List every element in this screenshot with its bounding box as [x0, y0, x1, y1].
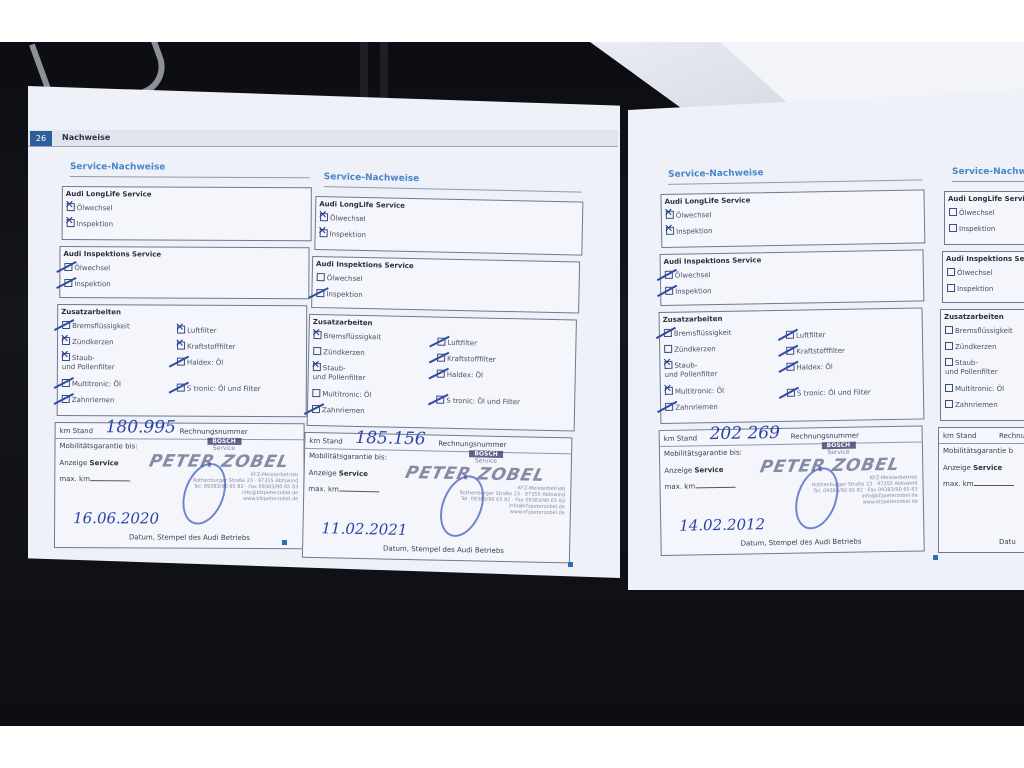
extra-multitronic-checkbox[interactable] [312, 389, 320, 397]
extra-multitronic-label: Multitronic: Öl [675, 387, 724, 396]
extra-haldex-checkbox[interactable] [437, 370, 445, 378]
extra-spark-plugs-checkbox[interactable] [664, 345, 672, 353]
page-marker [282, 540, 287, 545]
panel-title: Service-Nachweise [324, 172, 420, 184]
title-rule [668, 179, 922, 184]
panel-title: Service-Nachweise [668, 168, 764, 180]
extra-work-title: Zusatzarbeiten [663, 315, 723, 324]
extra-haldex-label: Haldex: Öl [447, 371, 483, 380]
extra-spark-plugs-label: Zündkerzen [323, 348, 365, 357]
inspection-oil-change: Ölwechsel [317, 273, 363, 283]
longlife-inspection-checkbox[interactable] [666, 227, 674, 235]
record-box: km StandRechnungsnummerMobilitätsgaranti… [54, 422, 305, 549]
extra-s-tronic-checkbox[interactable] [177, 384, 185, 392]
max-km-label: max. km [308, 485, 379, 494]
extra-timing-belt: Zahnriemen [62, 395, 115, 404]
extra-brake-fluid-checkbox[interactable] [664, 329, 672, 337]
invoice-number-label: Rechnungsnummer [438, 440, 506, 449]
inspection-title: Audi Inspektions Service [316, 260, 414, 270]
longlife-oil-change-label: Ölwechsel [676, 211, 712, 220]
inspection-oil-change-checkbox[interactable] [317, 273, 325, 281]
extra-air-filter-checkbox[interactable] [786, 331, 794, 339]
extra-dust-filter: Staub- [62, 353, 95, 362]
extra-fuel-filter-checkbox[interactable] [177, 342, 185, 350]
stamp-company-name: PETER ZOBEL [758, 455, 919, 478]
longlife-oil-change: Ölwechsel [666, 210, 712, 220]
extra-multitronic-label: Multitronic: Öl [72, 380, 121, 388]
inspection-oil-change-checkbox[interactable] [947, 268, 955, 276]
mobility-guarantee-label: Mobilitätsgarantie bis: [59, 442, 137, 450]
extra-dust-filter-label: Staub- [72, 354, 95, 362]
longlife-oil-change: Ölwechsel [67, 203, 113, 212]
longlife-title: Audi LongLife Service [319, 200, 405, 210]
longlife-inspection-label: Inspektion [330, 230, 367, 239]
extra-spark-plugs: Zündkerzen [313, 347, 365, 357]
extra-brake-fluid: Bremsflüssigkeit [62, 321, 130, 330]
page-marker [568, 562, 573, 567]
extra-spark-plugs: Zündkerzen [664, 344, 716, 354]
extra-timing-belt-checkbox[interactable] [665, 403, 673, 411]
max-km-label: max. km [59, 475, 130, 483]
handwritten-date: 14.02.2012 [679, 515, 765, 534]
inspection-oil-change-label: Ölwechsel [74, 264, 110, 272]
extra-timing-belt-label: Zahnriemen [72, 396, 115, 404]
inspection-inspection: Inspektion [64, 279, 110, 288]
extra-dust-filter-line2: und Pollenfilter [313, 373, 366, 382]
inspection-title: Audi Inspektions Service [664, 256, 762, 266]
extra-work-box: ZusatzarbeitenBremsflüssigkeitZündkerzen… [57, 304, 308, 417]
title-rule [70, 176, 310, 178]
extra-brake-fluid: Bremsflüssigkeit [313, 331, 381, 341]
extra-multitronic-label: Multitronic: Öl [322, 390, 371, 399]
section-header: Nachweise [62, 133, 110, 142]
inspection-inspection-label: Inspektion [675, 287, 712, 296]
extra-haldex-label: Haldex: Öl [796, 363, 832, 372]
inspection-inspection: Inspektion [947, 284, 993, 293]
stamp-company-name: PETER ZOBEL [403, 463, 568, 486]
inspection-inspection-label: Inspektion [957, 285, 993, 293]
extra-dust-filter-label: Staub- [674, 361, 697, 369]
longlife-inspection-checkbox[interactable] [949, 224, 957, 232]
stamp-company-name: PETER ZOBEL [147, 451, 300, 472]
extra-brake-fluid-label: Bremsflüssigkeit [674, 329, 732, 338]
extra-spark-plugs-label: Zündkerzen [674, 345, 716, 354]
extra-work-box: ZusatzarbeitenBremsflüssigkeitZündkerzen… [307, 314, 577, 432]
extra-work-title: Zusatzarbeiten [313, 318, 373, 327]
longlife-oil-change-label: Ölwechsel [959, 209, 995, 217]
record-box: km StandRechnungsnummerMobilitätsgaranti… [302, 432, 573, 564]
longlife-oil-change: Ölwechsel [320, 213, 366, 223]
longlife-service-box: Audi LongLife ServiceÖlwechselInspektion [660, 189, 925, 248]
extra-air-filter: Luftfilter [177, 326, 217, 335]
extra-brake-fluid: Bremsflüssigkeit [664, 328, 732, 338]
handwritten-km: 185.156 [355, 428, 426, 449]
extra-s-tronic-checkbox[interactable] [436, 396, 444, 404]
record-box: km StandRechnungsnummerMobilitätsgaranti… [938, 427, 1024, 553]
inspection-service-box: Audi Inspektions ServiceÖlwechselInspekt… [59, 246, 309, 299]
handwritten-date: 11.02.2021 [321, 519, 407, 539]
mobility-guarantee-label: Mobilitätsgarantie b [943, 447, 1013, 455]
extra-multitronic: Multitronic: Öl [945, 384, 1004, 393]
km-stand-label: km Stand [309, 437, 343, 446]
extra-haldex-checkbox[interactable] [177, 358, 185, 366]
inspection-inspection-checkbox[interactable] [947, 284, 955, 292]
inspection-oil-change-label: Ölwechsel [675, 271, 711, 280]
display-service-label: Anzeige Service [309, 469, 368, 478]
extra-dust-filter-checkbox[interactable] [945, 358, 953, 366]
extra-spark-plugs-label: Zündkerzen [955, 343, 997, 351]
inspection-service-box: Audi Inspektions ServiceÖlwechselInspekt… [660, 249, 925, 306]
extra-dust-filter-checkbox[interactable] [313, 363, 321, 371]
longlife-inspection-label: Inspektion [676, 227, 713, 236]
display-service-label: Anzeige Service [59, 459, 118, 467]
extra-multitronic-label: Multitronic: Öl [955, 385, 1004, 393]
handwritten-km: 180.995 [106, 417, 176, 437]
extra-fuel-filter-label: Kraftstofffilter [447, 355, 496, 364]
inspection-inspection-checkbox[interactable] [665, 287, 673, 295]
inspection-service-box: Audi Inspektions ServiceÖlwechselInspekt… [942, 251, 1024, 303]
panel-title: Service-Nachweise [952, 167, 1024, 177]
extra-fuel-filter-label: Kraftstofffilter [187, 343, 236, 351]
mobility-guarantee-label: Mobilitätsgarantie bis: [664, 449, 742, 458]
service-record-panel: Service-NachweiseAudi LongLife ServiceÖl… [660, 163, 929, 568]
extra-s-tronic: S tronic: Öl und Filter [436, 396, 520, 407]
extra-air-filter-checkbox[interactable] [177, 326, 185, 334]
workshop-stamp: BOSCHServicePETER ZOBELKFZ-Meisterbetrie… [760, 441, 918, 508]
extra-multitronic-checkbox[interactable] [945, 384, 953, 392]
extra-timing-belt-label: Zahnriemen [675, 403, 718, 412]
extra-dust-filter: Staub- [945, 358, 978, 367]
page-header-band [28, 130, 618, 147]
page-marker [933, 555, 938, 560]
service-record-panel: Service-NachweiseAudi LongLife ServiceÖl… [60, 160, 310, 561]
extra-timing-belt-label: Zahnriemen [955, 401, 998, 409]
extra-fuel-filter-checkbox[interactable] [437, 354, 445, 362]
invoice-number-label: Rechnungsnummer [791, 432, 859, 441]
extra-multitronic: Multitronic: Öl [62, 379, 121, 388]
extra-brake-fluid-label: Bremsflüssigkeit [323, 332, 381, 341]
extra-s-tronic-label: S tronic: Öl und Filter [797, 388, 871, 397]
date-stamp-label: Datum, Stempel des Audi Betriebs [383, 544, 504, 555]
extra-fuel-filter: Kraftstofffilter [786, 346, 845, 356]
max-km-label: max. km [943, 480, 1014, 488]
extra-work-title: Zusatzarbeiten [944, 313, 1004, 321]
longlife-oil-change-checkbox[interactable] [67, 203, 75, 211]
longlife-oil-change-label: Ölwechsel [77, 204, 113, 212]
extra-timing-belt-checkbox[interactable] [945, 400, 953, 408]
extra-brake-fluid: Bremsflüssigkeit [945, 326, 1013, 335]
extra-haldex: Haldex: Öl [786, 362, 832, 372]
extra-brake-fluid-checkbox[interactable] [62, 321, 70, 329]
extra-fuel-filter: Kraftstofffilter [177, 342, 236, 351]
record-box: km StandRechnungsnummerMobilitätsgaranti… [659, 425, 925, 556]
max-km-label: max. km [664, 482, 735, 491]
inspection-title: Audi Inspektions Service [63, 250, 161, 259]
extra-haldex: Haldex: Öl [437, 370, 483, 380]
longlife-oil-change-checkbox[interactable] [320, 213, 328, 221]
extra-timing-belt-checkbox[interactable] [62, 395, 70, 403]
inspection-inspection-checkbox[interactable] [316, 289, 324, 297]
longlife-inspection: Inspektion [67, 219, 113, 228]
extra-multitronic: Multitronic: Öl [312, 389, 371, 399]
inspection-inspection-label: Inspektion [74, 280, 110, 288]
extra-timing-belt: Zahnriemen [945, 400, 998, 409]
extra-haldex: Haldex: Öl [177, 358, 223, 367]
page-number: 26 [30, 131, 52, 146]
inspection-inspection: Inspektion [316, 289, 363, 299]
longlife-inspection-label: Inspektion [959, 225, 995, 233]
mobility-guarantee-label: Mobilitätsgarantie bis: [309, 452, 387, 462]
extra-dust-filter-checkbox[interactable] [664, 361, 672, 369]
inspection-oil-change-checkbox[interactable] [64, 263, 72, 271]
extra-fuel-filter-label: Kraftstofffilter [796, 347, 845, 356]
extra-air-filter-label: Luftfilter [187, 327, 217, 335]
extra-s-tronic-checkbox[interactable] [787, 389, 795, 397]
extra-haldex-checkbox[interactable] [786, 363, 794, 371]
longlife-title: Audi LongLife Service [948, 195, 1024, 203]
km-stand-label: km Stand [664, 434, 698, 443]
longlife-inspection: Inspektion [949, 224, 995, 233]
extra-brake-fluid-label: Bremsflüssigkeit [955, 327, 1013, 335]
extra-timing-belt-checkbox[interactable] [312, 405, 320, 413]
extra-s-tronic: S tronic: Öl und Filter [787, 387, 871, 397]
inspection-oil-change-label: Ölwechsel [957, 269, 993, 277]
extra-spark-plugs: Zündkerzen [945, 342, 997, 351]
longlife-oil-change: Ölwechsel [949, 208, 995, 217]
extra-multitronic-checkbox[interactable] [665, 387, 673, 395]
longlife-inspection: Inspektion [320, 229, 367, 239]
extra-dust-filter-label: Staub- [955, 359, 978, 367]
extra-multitronic-checkbox[interactable] [62, 379, 70, 387]
extra-dust-filter-line2: und Pollenfilter [945, 368, 998, 376]
inspection-oil-change: Ölwechsel [947, 268, 993, 277]
extra-air-filter-label: Luftfilter [796, 331, 826, 340]
date-stamp-label: Datum, Stempel des Audi Betriebs [129, 533, 250, 542]
extra-timing-belt: Zahnriemen [312, 405, 365, 415]
date-stamp-label: Datum, Stempel des Audi Betriebs [740, 538, 861, 548]
handwritten-date: 16.06.2020 [73, 509, 159, 527]
extra-work-box: ZusatzarbeitenBremsflüssigkeitZündkerzen… [940, 309, 1024, 421]
display-service-label: Anzeige Service [664, 466, 723, 475]
extra-air-filter: Luftfilter [437, 338, 477, 348]
extra-work-box: ZusatzarbeitenBremsflüssigkeitZündkerzen… [659, 307, 925, 424]
longlife-inspection-checkbox[interactable] [67, 219, 75, 227]
extra-brake-fluid-checkbox[interactable] [313, 331, 321, 339]
longlife-title: Audi LongLife Service [665, 196, 751, 205]
inspection-oil-change-label: Ölwechsel [327, 274, 363, 283]
invoice-number-label: Rechnungsnummer [180, 428, 248, 436]
service-record-panel: Service-NachweiseAudi LongLife ServiceÖl… [308, 170, 582, 575]
inspection-title: Audi Inspektions Service [946, 255, 1024, 263]
row-rule [939, 443, 1024, 444]
extra-spark-plugs-checkbox[interactable] [62, 337, 70, 345]
extra-haldex-label: Haldex: Öl [187, 359, 223, 367]
extra-timing-belt-label: Zahnriemen [322, 406, 365, 415]
extra-spark-plugs-label: Zündkerzen [72, 338, 114, 346]
longlife-service-box: Audi LongLife ServiceÖlwechselInspektion [944, 191, 1024, 245]
inspection-inspection: Inspektion [665, 286, 712, 296]
longlife-oil-change-label: Ölwechsel [330, 214, 366, 223]
km-stand-label: km Stand [943, 432, 976, 440]
title-rule [952, 181, 1024, 182]
km-stand-label: km Stand [60, 427, 94, 435]
extra-timing-belt: Zahnriemen [665, 402, 718, 412]
extra-multitronic: Multitronic: Öl [665, 386, 724, 396]
panel-title: Service-Nachweise [70, 162, 166, 172]
extra-spark-plugs-checkbox[interactable] [945, 342, 953, 350]
workshop-stamp: BOSCHServicePETER ZOBELKFZ-Meisterbetrie… [405, 449, 566, 516]
inspection-oil-change-checkbox[interactable] [665, 271, 673, 279]
extra-air-filter-checkbox[interactable] [437, 338, 445, 346]
extra-dust-filter-label: Staub- [323, 364, 346, 372]
longlife-oil-change-checkbox[interactable] [666, 211, 674, 219]
extra-brake-fluid-label: Bremsflüssigkeit [72, 322, 130, 330]
extra-air-filter: Luftfilter [786, 330, 826, 340]
extra-dust-filter-line2: und Pollenfilter [665, 370, 718, 379]
extra-dust-filter-line2: und Pollenfilter [62, 363, 115, 371]
extra-brake-fluid-checkbox[interactable] [945, 326, 953, 334]
longlife-title: Audi LongLife Service [66, 190, 152, 198]
title-rule [324, 186, 582, 192]
longlife-inspection-checkbox[interactable] [320, 229, 328, 237]
extra-s-tronic-label: S tronic: Öl und Filter [446, 397, 520, 407]
extra-s-tronic: S tronic: Öl und Filter [177, 384, 261, 393]
extra-fuel-filter-checkbox[interactable] [786, 347, 794, 355]
longlife-service-box: Audi LongLife ServiceÖlwechselInspektion [62, 186, 312, 241]
inspection-service-box: Audi Inspektions ServiceÖlwechselInspekt… [311, 256, 580, 314]
longlife-inspection-label: Inspektion [77, 220, 113, 228]
display-service-label: Anzeige Service [943, 464, 1002, 472]
invoice-number-label: Rechnungsnummer [999, 432, 1024, 440]
date-stamp-label: Datu [999, 538, 1016, 546]
inspection-oil-change: Ölwechsel [665, 270, 711, 280]
extra-work-title: Zusatzarbeiten [61, 308, 121, 316]
longlife-oil-change-checkbox[interactable] [949, 208, 957, 216]
extra-dust-filter: Staub- [664, 360, 697, 370]
extra-spark-plugs-checkbox[interactable] [313, 347, 321, 355]
service-record-panel: Service-NachweiseAudi LongLife ServiceÖl… [944, 165, 1024, 565]
extra-spark-plugs: Zündkerzen [62, 337, 114, 346]
handwritten-km: 202 269 [709, 423, 780, 444]
extra-fuel-filter: Kraftstofffilter [437, 354, 496, 364]
extra-s-tronic-label: S tronic: Öl und Filter [187, 385, 261, 393]
inspection-inspection-label: Inspektion [326, 290, 363, 299]
extra-dust-filter: Staub- [313, 363, 346, 373]
inspection-oil-change: Ölwechsel [64, 263, 110, 272]
longlife-service-box: Audi LongLife ServiceÖlwechselInspektion [314, 196, 583, 256]
longlife-inspection: Inspektion [666, 226, 713, 236]
inspection-inspection-checkbox[interactable] [64, 279, 72, 287]
extra-air-filter-label: Luftfilter [447, 339, 477, 348]
extra-dust-filter-checkbox[interactable] [62, 353, 70, 361]
